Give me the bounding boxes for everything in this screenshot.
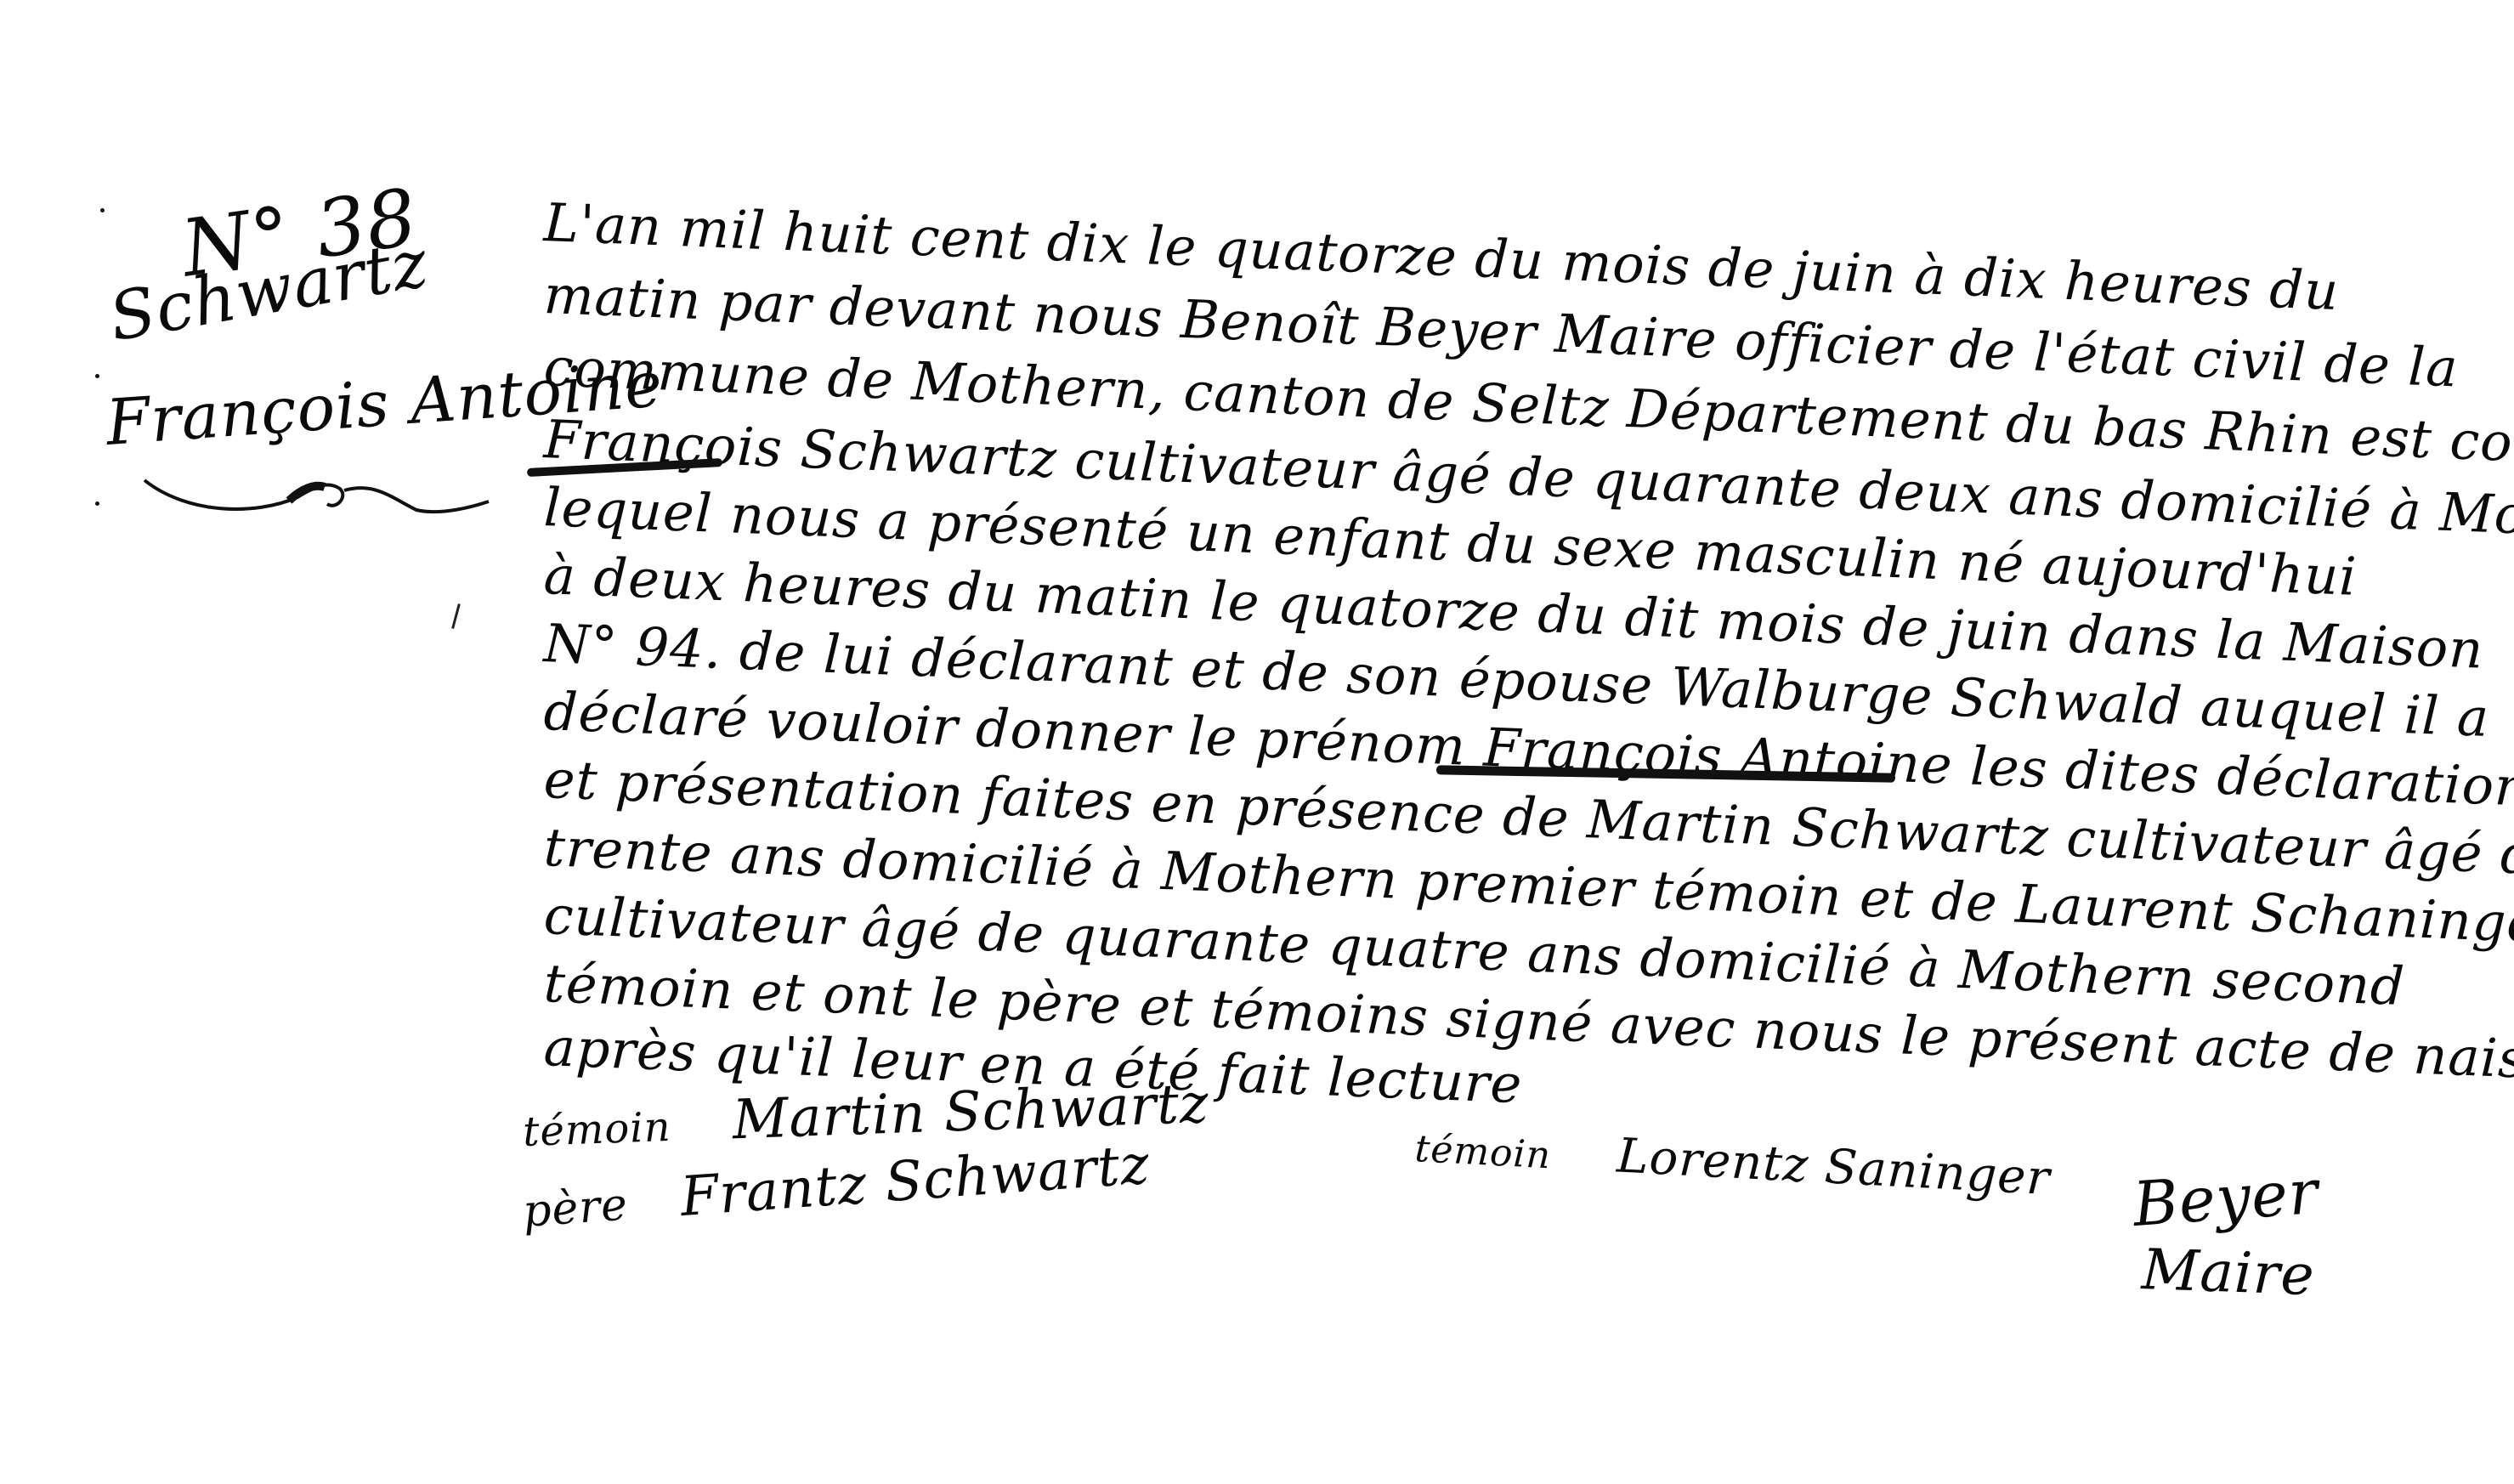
- witness-2-name: Lorentz Saninger: [1616, 1128, 2052, 1206]
- witness-2-signature: témoin Lorentz Saninger: [1413, 1118, 2052, 1206]
- mayor-title: Maire: [2141, 1237, 2316, 1308]
- witness-1-label: témoin: [522, 1103, 671, 1156]
- witness-2-label: témoin: [1413, 1127, 1552, 1177]
- flourish-icon: [136, 463, 493, 523]
- mayor-signature: Beyer: [2131, 1156, 2321, 1240]
- document-page: N° 38 Schwartz François Antoine L'an mil…: [0, 0, 2514, 1484]
- scan-speck: [95, 501, 99, 506]
- scan-speck: [95, 374, 99, 378]
- father-label: père: [521, 1179, 630, 1237]
- scan-speck: [100, 208, 105, 212]
- scan-mark: [451, 603, 461, 629]
